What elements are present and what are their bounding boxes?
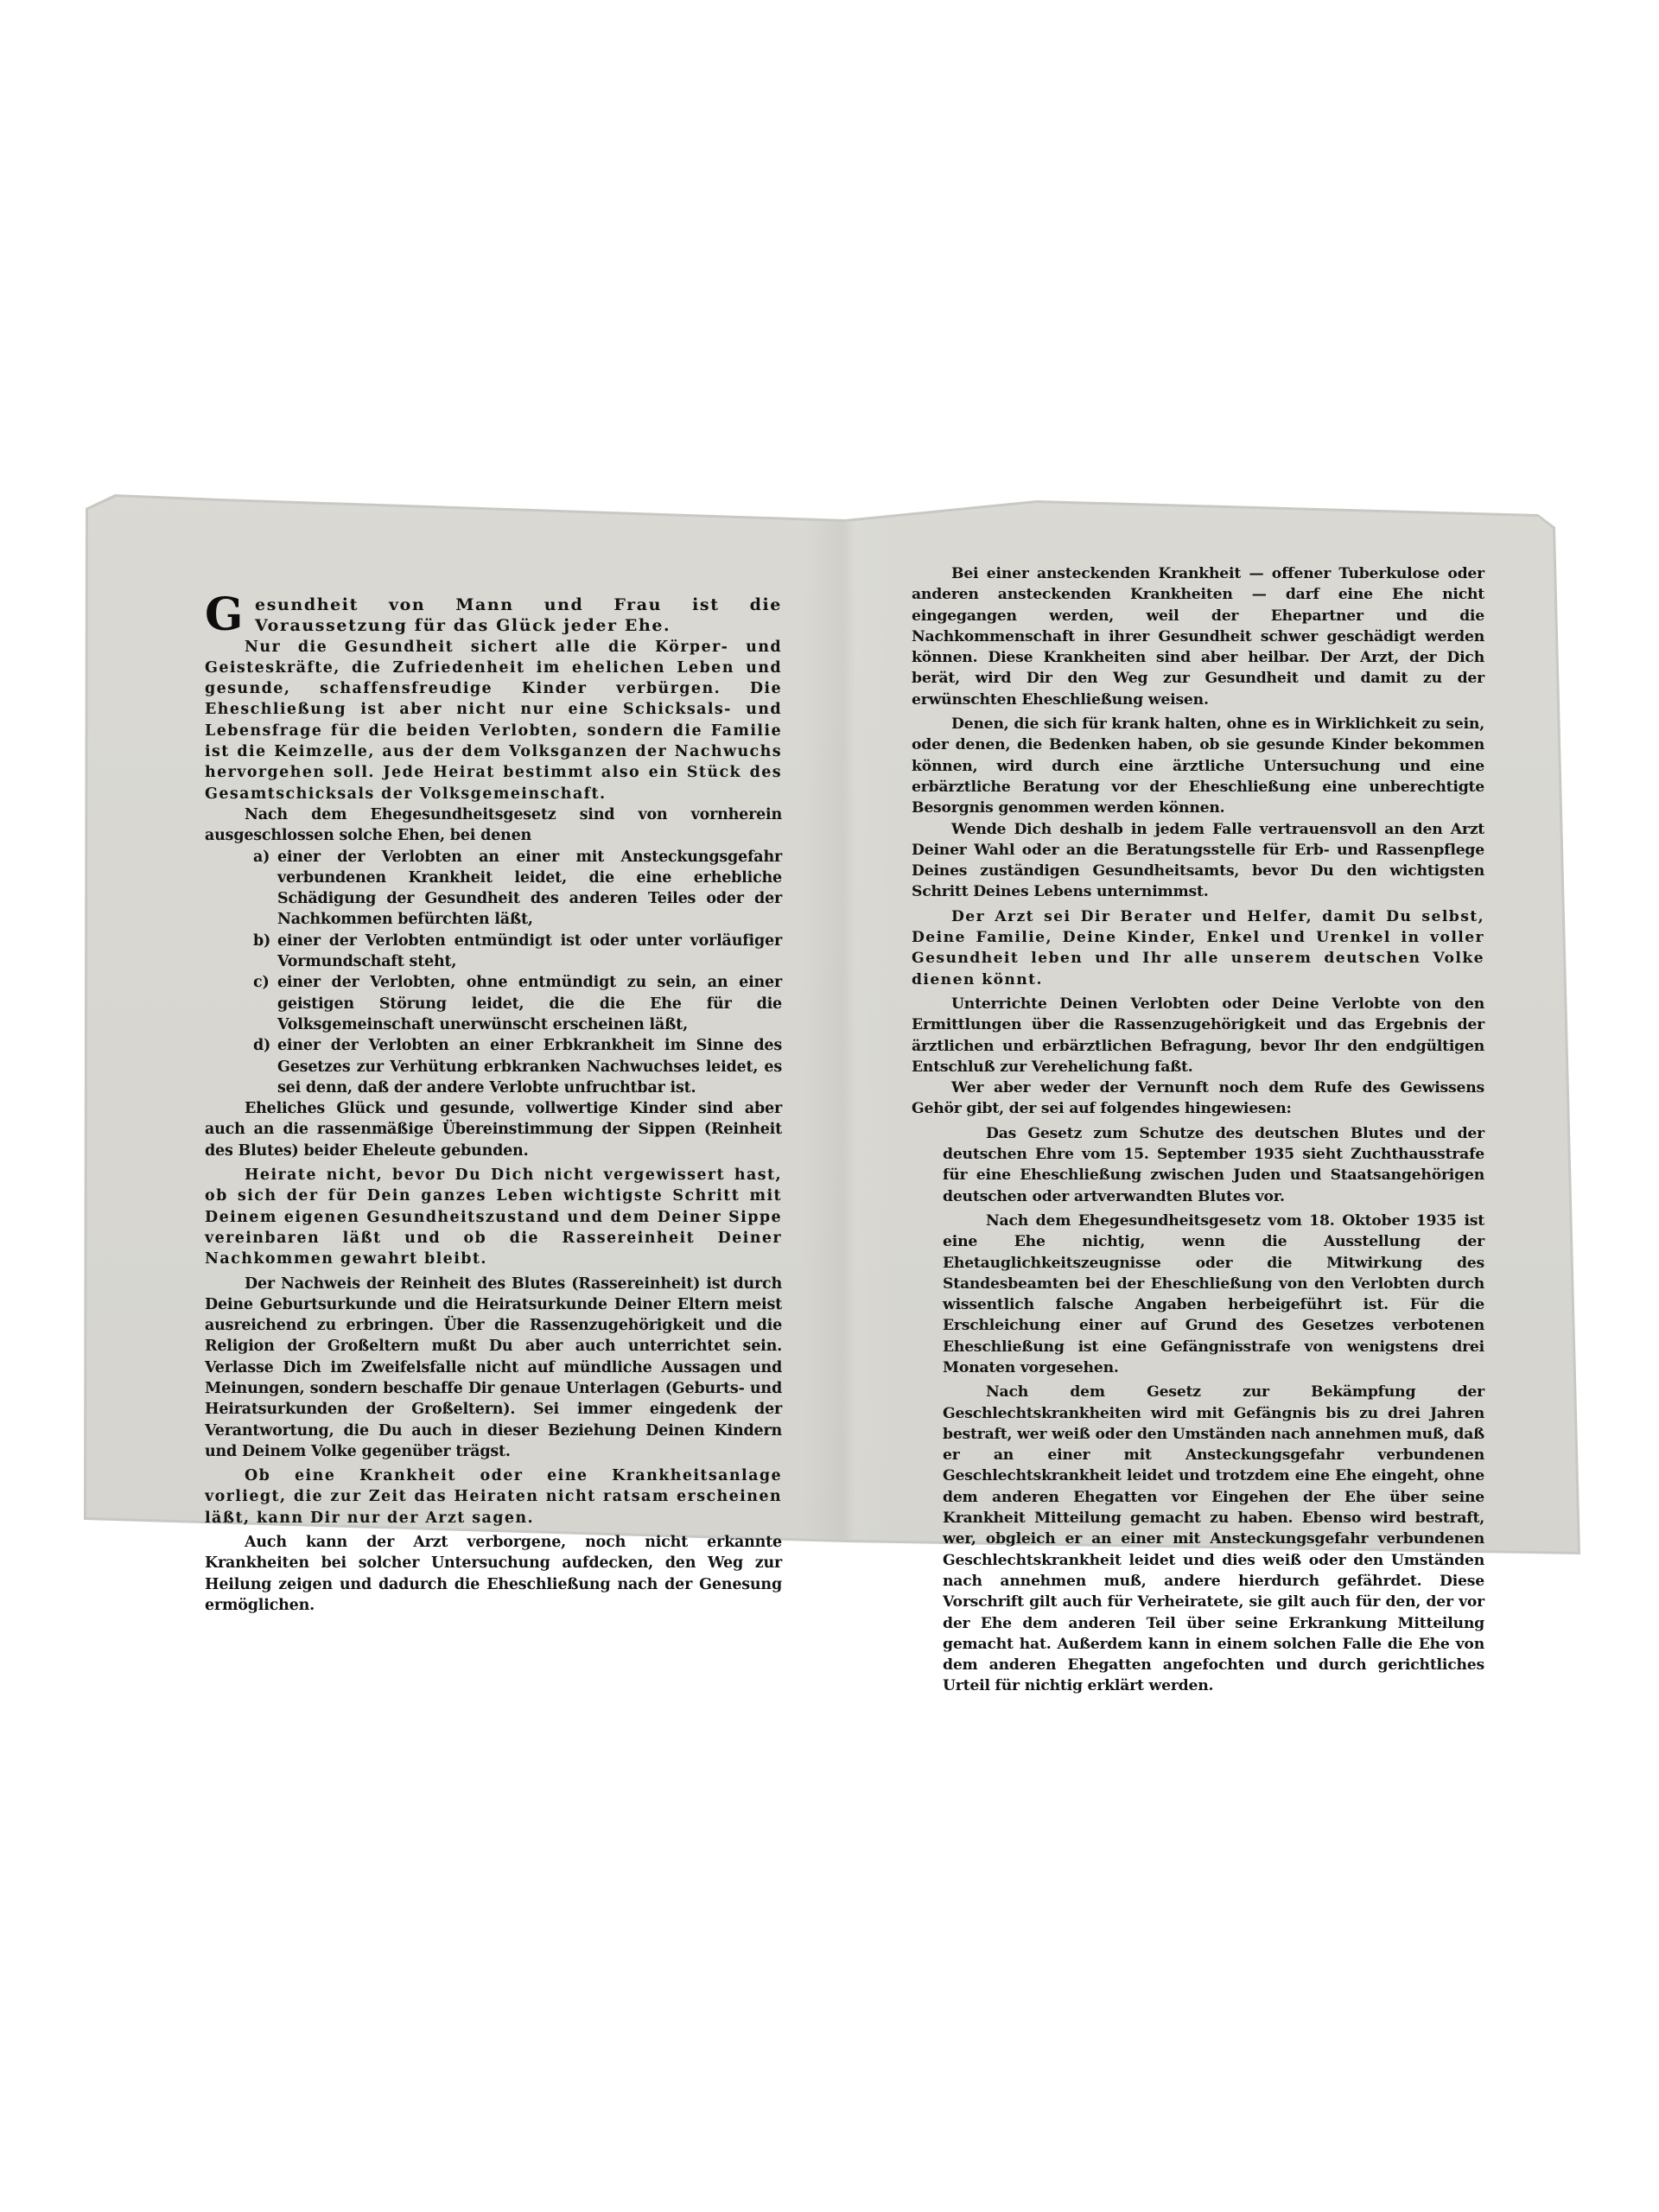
right-page-text: Bei einer ansteckenden Krankheit — offen… (912, 563, 1484, 1697)
paragraph: Heirate nicht, bevor Du Dich nicht verge… (205, 1165, 782, 1269)
paragraph: Denen, die sich für krank halten, ohne e… (912, 714, 1484, 818)
list-marker: a) (253, 847, 270, 868)
paragraph: Eheliches Glück und gesunde, vollwertige… (205, 1098, 782, 1161)
lead-paragraph: G esundheit von Mann und Frau ist die Vo… (205, 594, 782, 637)
law-paragraph: Nach dem Ehegesundheitsgesetz vom 18. Ok… (912, 1211, 1484, 1378)
list-marker: b) (253, 931, 270, 951)
list-text: einer der Verlobten an einer mit Ansteck… (277, 849, 782, 929)
paragraph: Wende Dich deshalb in jedem Falle vertra… (912, 819, 1484, 903)
left-page-text: G esundheit von Mann und Frau ist die Vo… (205, 594, 782, 1616)
drop-cap: G (205, 593, 245, 638)
paragraph: Wer aber weder der Vernunft noch dem Ruf… (912, 1077, 1484, 1120)
paragraph: Unterrichte Deinen Verlobten oder Deine … (912, 994, 1484, 1077)
paragraph: Auch kann der Arzt verborgene, noch nich… (205, 1532, 782, 1616)
law-paragraph: Das Gesetz zum Schutze des deutschen Blu… (912, 1123, 1484, 1207)
lead-text: esundheit von Mann und Frau ist die Vora… (255, 595, 782, 635)
list-item-c: c) einer der Verlobten, ohne entmündigt … (205, 972, 782, 1035)
paragraph: Ob eine Krankheit oder eine Krankheitsan… (205, 1465, 782, 1529)
list-item-b: b) einer der Verlobten entmündigt ist od… (205, 931, 782, 973)
paragraph: Der Arzt sei Dir Berater und Helfer, dam… (912, 906, 1484, 990)
list-text: einer der Verlobten, ohne entmündigt zu … (277, 974, 782, 1033)
paragraph: Bei einer ansteckenden Krankheit — offen… (912, 563, 1484, 710)
paragraph: Nach dem Ehegesundheitsgesetz sind von v… (205, 804, 782, 847)
list-text: einer der Verlobten an einer Erbkrankhei… (277, 1037, 782, 1096)
list-item-a: a) einer der Verlobten an einer mit Anst… (205, 847, 782, 931)
list-marker: d) (253, 1035, 270, 1056)
paragraph: Nur die Gesundheit sichert alle die Körp… (205, 637, 782, 804)
list-marker: c) (253, 972, 270, 993)
paragraph: Der Nachweis der Reinheit des Blutes (Ra… (205, 1274, 782, 1463)
law-paragraph: Nach dem Gesetz zur Bekämpfung der Gesch… (912, 1382, 1484, 1696)
list-item-d: d) einer der Verlobten an einer Erbkrank… (205, 1035, 782, 1098)
list-text: einer der Verlobten entmündigt ist oder … (277, 932, 782, 970)
